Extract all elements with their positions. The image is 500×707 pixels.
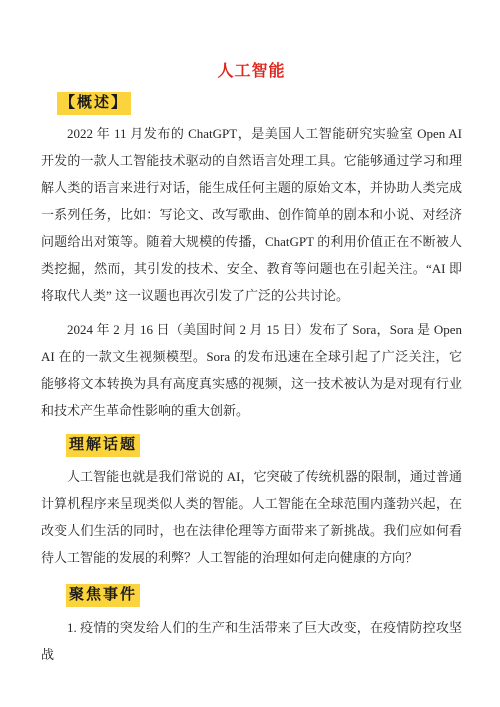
section-heading-overview: 【概述】	[57, 92, 131, 115]
section-focus: 聚焦事件 1. 疫情的突发给人们的生产和生活带来了巨大改变，在疫情防控攻坚战	[41, 584, 462, 668]
page-title: 人工智能	[41, 62, 462, 82]
section-heading-row: 【概述】	[57, 92, 462, 115]
paragraph-chatgpt: 2022 年 11 月发布的 ChatGPT，是美国人工智能研究实验室 Open…	[41, 120, 462, 309]
paragraph-focus-event-1: 1. 疫情的突发给人们的生产和生活带来了巨大改变，在疫情防控攻坚战	[41, 614, 462, 668]
section-overview: 【概述】 2022 年 11 月发布的 ChatGPT，是美国人工智能研究实验室…	[41, 92, 462, 424]
section-heading-row: 理解话题	[66, 434, 462, 457]
section-heading-focus: 聚焦事件	[66, 584, 140, 607]
section-heading-topic: 理解话题	[66, 434, 140, 457]
paragraph-ai-topic: 人工智能也就是我们常说的 AI，它突破了传统机器的限制，通过普通计算机程序来呈现…	[41, 463, 462, 571]
section-topic: 理解话题 人工智能也就是我们常说的 AI，它突破了传统机器的限制，通过普通计算机…	[41, 434, 462, 571]
paragraph-sora: 2024 年 2 月 16 日（美国时间 2 月 15 日）发布了 Sora，S…	[41, 316, 462, 424]
section-heading-row: 聚焦事件	[66, 584, 462, 607]
document-page: 人工智能 【概述】 2022 年 11 月发布的 ChatGPT，是美国人工智能…	[0, 0, 500, 707]
